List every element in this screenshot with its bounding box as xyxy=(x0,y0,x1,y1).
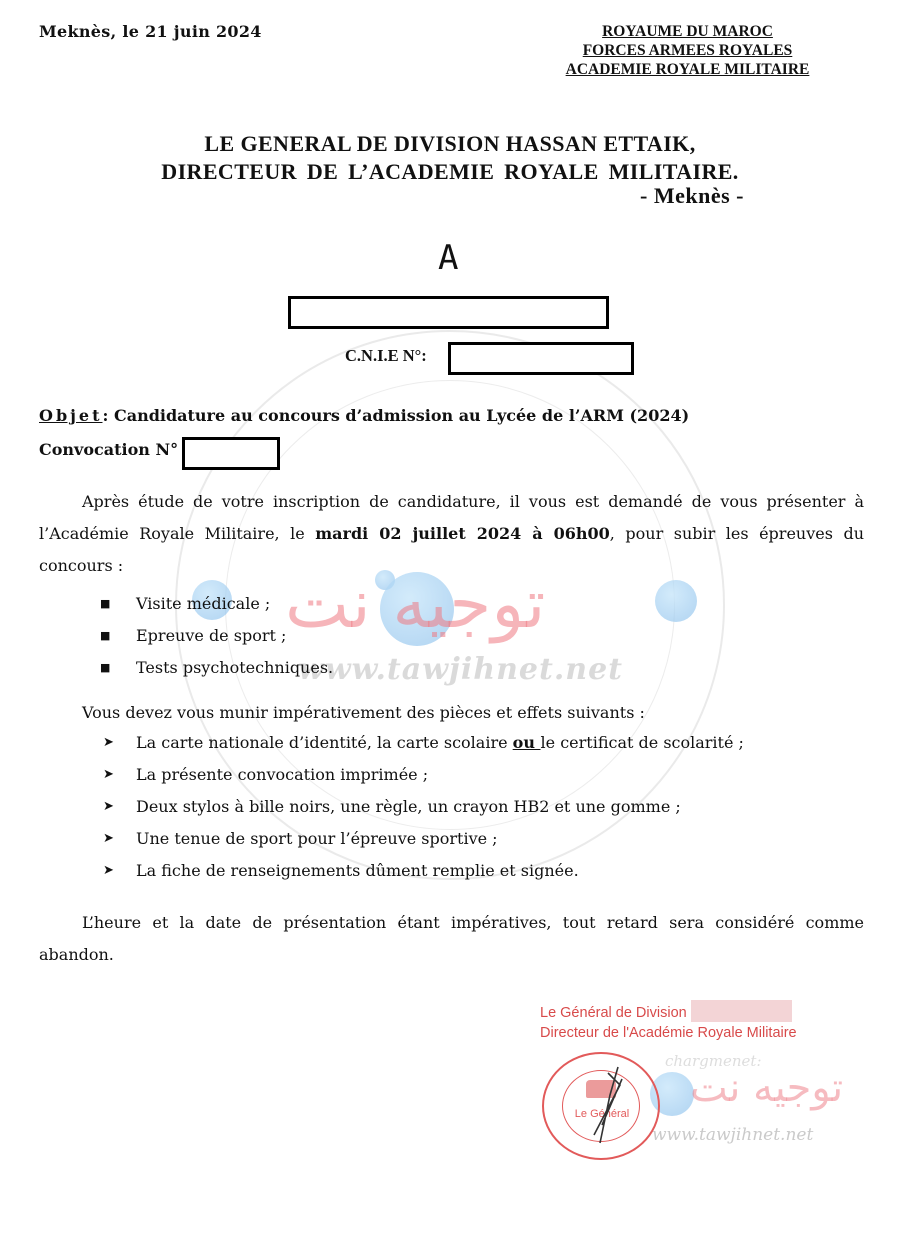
signatory-rank: Le Général de Division xyxy=(540,1005,687,1021)
requirements-intro: Vous devez vous munir impérativement des… xyxy=(39,697,864,729)
sender-title: LE GENERAL DE DIVISION HASSAN ETTAIK, DI… xyxy=(100,130,800,186)
list-item: ➤La fiche de renseignements dûment rempl… xyxy=(103,855,744,887)
body-paragraph-requirements: Vous devez vous munir impérativement des… xyxy=(39,697,864,729)
list-item: ➤La carte nationale d’identité, la carte… xyxy=(103,727,744,759)
list-item: ■Visite médicale ; xyxy=(100,588,333,620)
subject-line: Objet: Candidature au concours d’admissi… xyxy=(39,406,689,425)
cnie-number-redacted-field xyxy=(448,342,634,375)
list-item: ■Tests psychotechniques. xyxy=(100,652,333,684)
handwritten-signature xyxy=(580,1065,640,1145)
recipient-name-redacted-field xyxy=(288,296,609,329)
org-line: FORCES ARMEES ROYALES xyxy=(540,41,835,60)
subject-label: Objet xyxy=(39,406,102,425)
recipient-prefix: A xyxy=(438,238,458,278)
sender-title-line2: DIRECTEUR DE L’ACADEMIE ROYALE MILITAIRE… xyxy=(100,158,800,186)
org-line: ROYAUME DU MAROC xyxy=(540,22,835,41)
requirements-list: ➤La carte nationale d’identité, la carte… xyxy=(103,727,744,887)
cnie-label: C.N.I.E N°: xyxy=(345,346,427,366)
square-bullet-icon: ■ xyxy=(100,620,136,652)
arrow-bullet-icon: ➤ xyxy=(103,855,136,887)
signature-block: Le Général de Division Directeur de l'Ac… xyxy=(540,1000,797,1043)
sender-city: - Meknès - xyxy=(640,183,744,209)
watermark-url: www.tawjihnet.net xyxy=(298,652,623,687)
org-line: ACADEMIE ROYALE MILITAIRE xyxy=(540,60,835,79)
item-text-end: le certificat de scolarité ; xyxy=(541,733,744,752)
watermark-url: www.tawjihnet.net xyxy=(652,1125,813,1145)
subject-separator: : xyxy=(102,406,108,425)
list-item-text: La carte nationale d’identité, la carte … xyxy=(136,727,744,759)
convocation-label: Convocation N° xyxy=(39,440,178,459)
signatory-position: Directeur de l'Académie Royale Militaire xyxy=(540,1023,797,1043)
signatory-name-redacted xyxy=(691,1000,792,1022)
arrow-bullet-icon: ➤ xyxy=(103,727,136,759)
list-item-text: Epreuve de sport ; xyxy=(136,620,286,652)
place-date: Meknès, le 21 juin 2024 xyxy=(39,22,262,41)
list-item: ➤La présente convocation imprimée ; xyxy=(103,759,744,791)
list-item: ➤Deux stylos à bille noirs, une règle, u… xyxy=(103,791,744,823)
arrow-bullet-icon: ➤ xyxy=(103,791,136,823)
watermark-arabic-text: توجيه نت xyxy=(690,1065,843,1111)
item-text: La carte nationale d’identité, la carte … xyxy=(136,733,513,752)
subject-text: Candidature au concours d’admission au L… xyxy=(114,406,689,425)
convocation-number-redacted-field xyxy=(182,437,280,470)
warning-text: L’heure et la date de présentation étant… xyxy=(39,907,864,971)
sender-title-line1: LE GENERAL DE DIVISION HASSAN ETTAIK, xyxy=(100,130,800,158)
watermark-logo-bubble xyxy=(380,572,454,646)
list-item-text: La présente convocation imprimée ; xyxy=(136,759,428,791)
square-bullet-icon: ■ xyxy=(100,652,136,684)
tests-list: ■Visite médicale ; ■Epreuve de sport ; ■… xyxy=(100,588,333,684)
body-paragraph-convocation: Après étude de votre inscription de cand… xyxy=(39,486,864,582)
exam-date-time: mardi 02 juillet 2024 à 06h00 xyxy=(315,524,610,543)
organization-header: ROYAUME DU MAROC FORCES ARMEES ROYALES A… xyxy=(540,22,835,79)
watermark-bubble xyxy=(655,580,697,622)
list-item-text: La fiche de renseignements dûment rempli… xyxy=(136,855,579,887)
list-item: ■Epreuve de sport ; xyxy=(100,620,333,652)
square-bullet-icon: ■ xyxy=(100,588,136,620)
list-item-text: Tests psychotechniques. xyxy=(136,652,333,684)
arrow-bullet-icon: ➤ xyxy=(103,823,136,855)
list-item-text: Deux stylos à bille noirs, une règle, un… xyxy=(136,791,681,823)
body-paragraph-warning: L’heure et la date de présentation étant… xyxy=(39,907,864,971)
list-item: ➤Une tenue de sport pour l’épreuve sport… xyxy=(103,823,744,855)
list-item-text: Une tenue de sport pour l’épreuve sporti… xyxy=(136,823,498,855)
list-item-text: Visite médicale ; xyxy=(136,588,270,620)
item-emphasis: ou xyxy=(513,733,541,752)
arrow-bullet-icon: ➤ xyxy=(103,759,136,791)
